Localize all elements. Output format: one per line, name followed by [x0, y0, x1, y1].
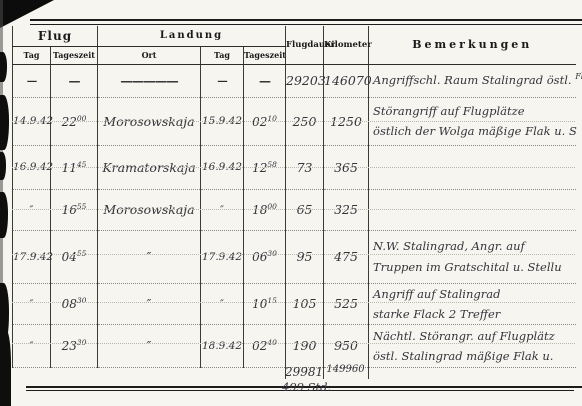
cell-ort: ″ — [98, 249, 200, 264]
cell-flug-zeit: 2330 — [51, 338, 97, 353]
cell-flugdauer: 105 — [286, 296, 323, 311]
cell-bemerkung: Angriffschl. Raum Stalingrad östl. Flugp… — [369, 70, 576, 90]
cell-ort: ″ — [98, 338, 200, 353]
header-tag-start: Tag — [13, 46, 51, 64]
cell-ort: ″ — [98, 296, 200, 311]
cell-flug-tag: — — [13, 75, 50, 87]
cell-flug-tag: ″ — [13, 340, 50, 352]
ruled-line — [12, 343, 575, 344]
cell-ort: ————— — [98, 73, 200, 88]
torn-edge-blob — [0, 330, 11, 406]
header-landung: Landung — [98, 26, 286, 46]
header-ort: Ort — [98, 46, 201, 64]
cell-landung-zeit: 0630 — [244, 249, 285, 264]
header-flugdauer: Flugdauer — [286, 26, 324, 64]
header-tageszeit-start: Tageszeit — [51, 46, 98, 64]
table-row: 17.9.42 0455 ″ 17.9.42 0630 95 475 N.W. … — [13, 230, 576, 283]
ruled-line — [12, 302, 575, 303]
torn-edge-blob — [0, 152, 6, 180]
total-stunden: 499 Std. — [282, 380, 342, 394]
top-rule-thick — [30, 19, 582, 21]
header-kilometer: Kilometer — [324, 26, 369, 64]
ruled-line — [12, 121, 575, 122]
total-kilometer: 149960 — [323, 364, 368, 375]
torn-edge-blob — [0, 52, 7, 82]
cell-landung-zeit: — — [244, 74, 285, 88]
cell-kilometer: 475 — [324, 249, 368, 264]
cell-kilometer: 525 — [324, 296, 368, 311]
table-row: ″ 2330 ″ 18.9.42 0240 190 950 Nächtl. St… — [13, 324, 576, 367]
cell-bemerkung: N.W. Stalingrad, Angr. aufTruppen im Gra… — [369, 236, 576, 276]
log-table: Flug Landung Flugdauer Kilometer Bemerku… — [12, 26, 575, 368]
logbook-page: Flug Landung Flugdauer Kilometer Bemerku… — [0, 0, 582, 406]
totals-block: 29981 149960 499 Std. — [12, 364, 575, 406]
cell-landung-zeit: 1015 — [244, 296, 285, 311]
cell-landung-tag: — — [201, 75, 243, 87]
cell-flugdauer: 29203 — [286, 73, 323, 88]
cell-flug-tag: ″ — [13, 298, 50, 310]
cell-landung-tag: 18.9.42 — [201, 340, 243, 352]
cell-flugdauer: 190 — [286, 338, 323, 353]
torn-edge-blob — [0, 192, 8, 238]
header-tag-landung: Tag — [201, 46, 244, 64]
header-bemerkungen: Bemerkungen — [369, 26, 576, 64]
table-row: ″ 0830 ″ ″ 1015 105 525 Angriff auf Stal… — [13, 283, 576, 324]
cell-flugdauer: 95 — [286, 249, 323, 264]
cell-bemerkung: Nächtl. Störangr. auf Flugplätzöstl. Sta… — [369, 326, 576, 366]
cell-kilometer: 146070 — [324, 73, 368, 88]
ruled-line — [12, 209, 575, 210]
cell-flug-zeit: 0455 — [51, 249, 97, 264]
ruled-line — [12, 167, 575, 168]
cell-landung-tag: 17.9.42 — [201, 251, 243, 263]
top-rule-thin — [30, 24, 582, 25]
total-divider — [368, 364, 369, 379]
cell-flug-zeit: 0830 — [51, 296, 97, 311]
cell-flug-tag: 17.9.42 — [13, 251, 50, 263]
cell-flug-zeit: — — [51, 74, 97, 88]
ruled-line — [12, 254, 575, 255]
cell-landung-zeit: 0240 — [244, 338, 285, 353]
header-flug: Flug — [13, 26, 98, 46]
total-flugdauer: 29981 — [285, 365, 323, 379]
table-row-carryover: — — ————— — — 29203 146070 Angriffschl. … — [13, 64, 576, 97]
header-tageszeit-landung: Tageszeit — [244, 46, 286, 64]
cell-bemerkung: Angriff auf Stalingradstarke Flack 2 Tre… — [369, 284, 576, 324]
cell-landung-tag: ″ — [201, 298, 243, 310]
torn-edge-blob — [0, 95, 9, 150]
cell-kilometer: 950 — [324, 338, 368, 353]
